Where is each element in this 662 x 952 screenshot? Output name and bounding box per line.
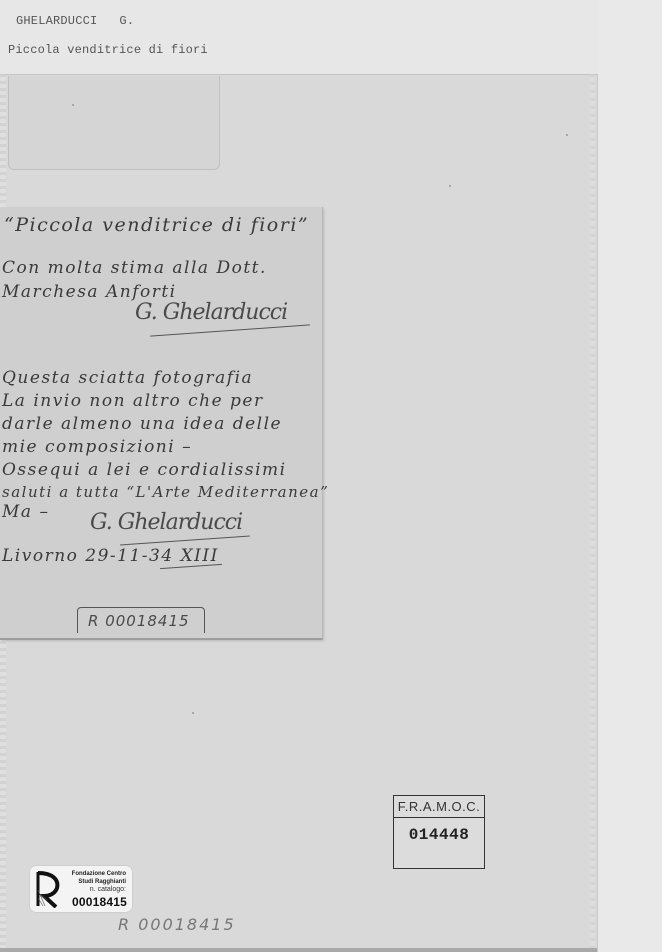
handwritten-line: Con molta stima alla Dott. <box>2 258 267 278</box>
org-line-2: Studi Ragghianti <box>60 878 126 886</box>
ragghianti-logo-icon <box>35 870 61 908</box>
artwork-title: Piccola venditrice di fiori <box>8 43 208 57</box>
signature: G. Ghelarducci <box>135 300 287 325</box>
empty-photo-pocket <box>8 76 220 170</box>
handwritten-line: “Piccola venditrice di fiori” <box>4 214 309 236</box>
catalog-label: Fondazione Centro Studi Ragghianti n. ca… <box>30 866 132 912</box>
place-date: Livorno 29-11-34 XIII <box>2 546 219 566</box>
author-name: GHELARDUCCIG. <box>16 14 134 28</box>
author-surname: GHELARDUCCI <box>16 14 97 28</box>
author-initial: G. <box>119 14 134 28</box>
signature-2: G. Ghelarducci <box>90 510 242 535</box>
dust-speck <box>72 104 74 106</box>
handwritten-line: saluti a tutta “L'Arte Mediterranea” <box>2 483 329 501</box>
handwritten-line: Ossequi a lei e cordialissimi <box>2 460 287 480</box>
handwritten-line: Questa sciatta fotografia <box>2 368 253 388</box>
handwritten-line: darle almeno una idea delle <box>2 414 282 434</box>
label-catalog-caption: n. catalogo: <box>90 886 126 893</box>
pencil-inscription: R 00018415 <box>118 915 236 934</box>
handwritten-line: La invio non altro che per <box>2 391 264 411</box>
org-line-1: Fondazione Centro <box>60 870 126 878</box>
label-catalog-number: 00018415 <box>72 895 127 909</box>
label-organization: Fondazione Centro Studi Ragghianti <box>60 870 126 886</box>
dust-speck <box>566 134 568 136</box>
handwritten-line: Marchesa Anforti <box>2 282 177 302</box>
dust-speck <box>449 185 451 187</box>
board-right-perforation <box>590 74 595 952</box>
handwritten-line: Ma – <box>2 502 49 522</box>
board-bottom-edge <box>0 948 597 952</box>
card-catalog-number: R 00018415 <box>77 607 205 633</box>
typed-header <box>0 0 662 74</box>
handwritten-line: mie composizioni – <box>2 437 192 457</box>
stamp-number: 014448 <box>394 818 484 844</box>
framoc-stamp: F.R.A.M.O.C. 014448 <box>393 795 485 869</box>
stamp-header: F.R.A.M.O.C. <box>394 796 484 818</box>
dust-speck <box>192 712 194 714</box>
right-margin <box>598 0 662 952</box>
